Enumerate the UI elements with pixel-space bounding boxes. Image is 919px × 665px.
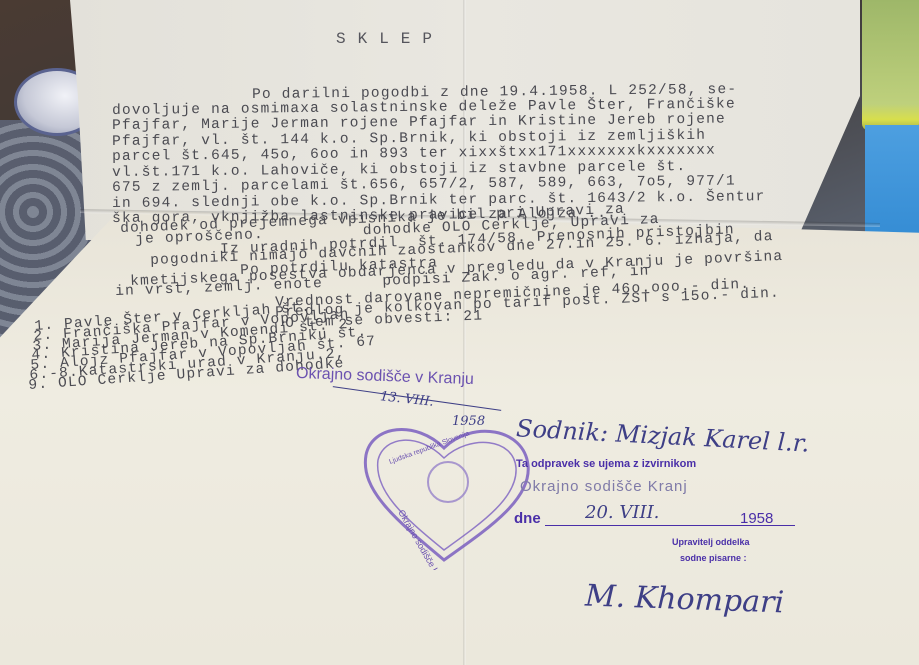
glass (862, 0, 919, 130)
certification-date-year: 1958 (740, 510, 773, 527)
court-seal: Ljudska republika Slovenija Okrajno sodi… (356, 420, 536, 570)
certification-date-prefix: dne (514, 510, 541, 527)
certification-line2: Okrajno sodišče Kranj (520, 478, 688, 495)
certification-footer2: sodne pisarne : (680, 553, 747, 563)
certification-date-day: 20. VIII. (585, 502, 659, 523)
emblem-icon (428, 462, 468, 502)
certification-line1: Ta odpravek se ujema z izvirnikom (516, 458, 696, 470)
certification-footer1: Upravitelj oddelka (672, 537, 750, 547)
document-title: SKLEP (336, 30, 444, 48)
clerk-signature: M. Khompari (584, 579, 784, 621)
